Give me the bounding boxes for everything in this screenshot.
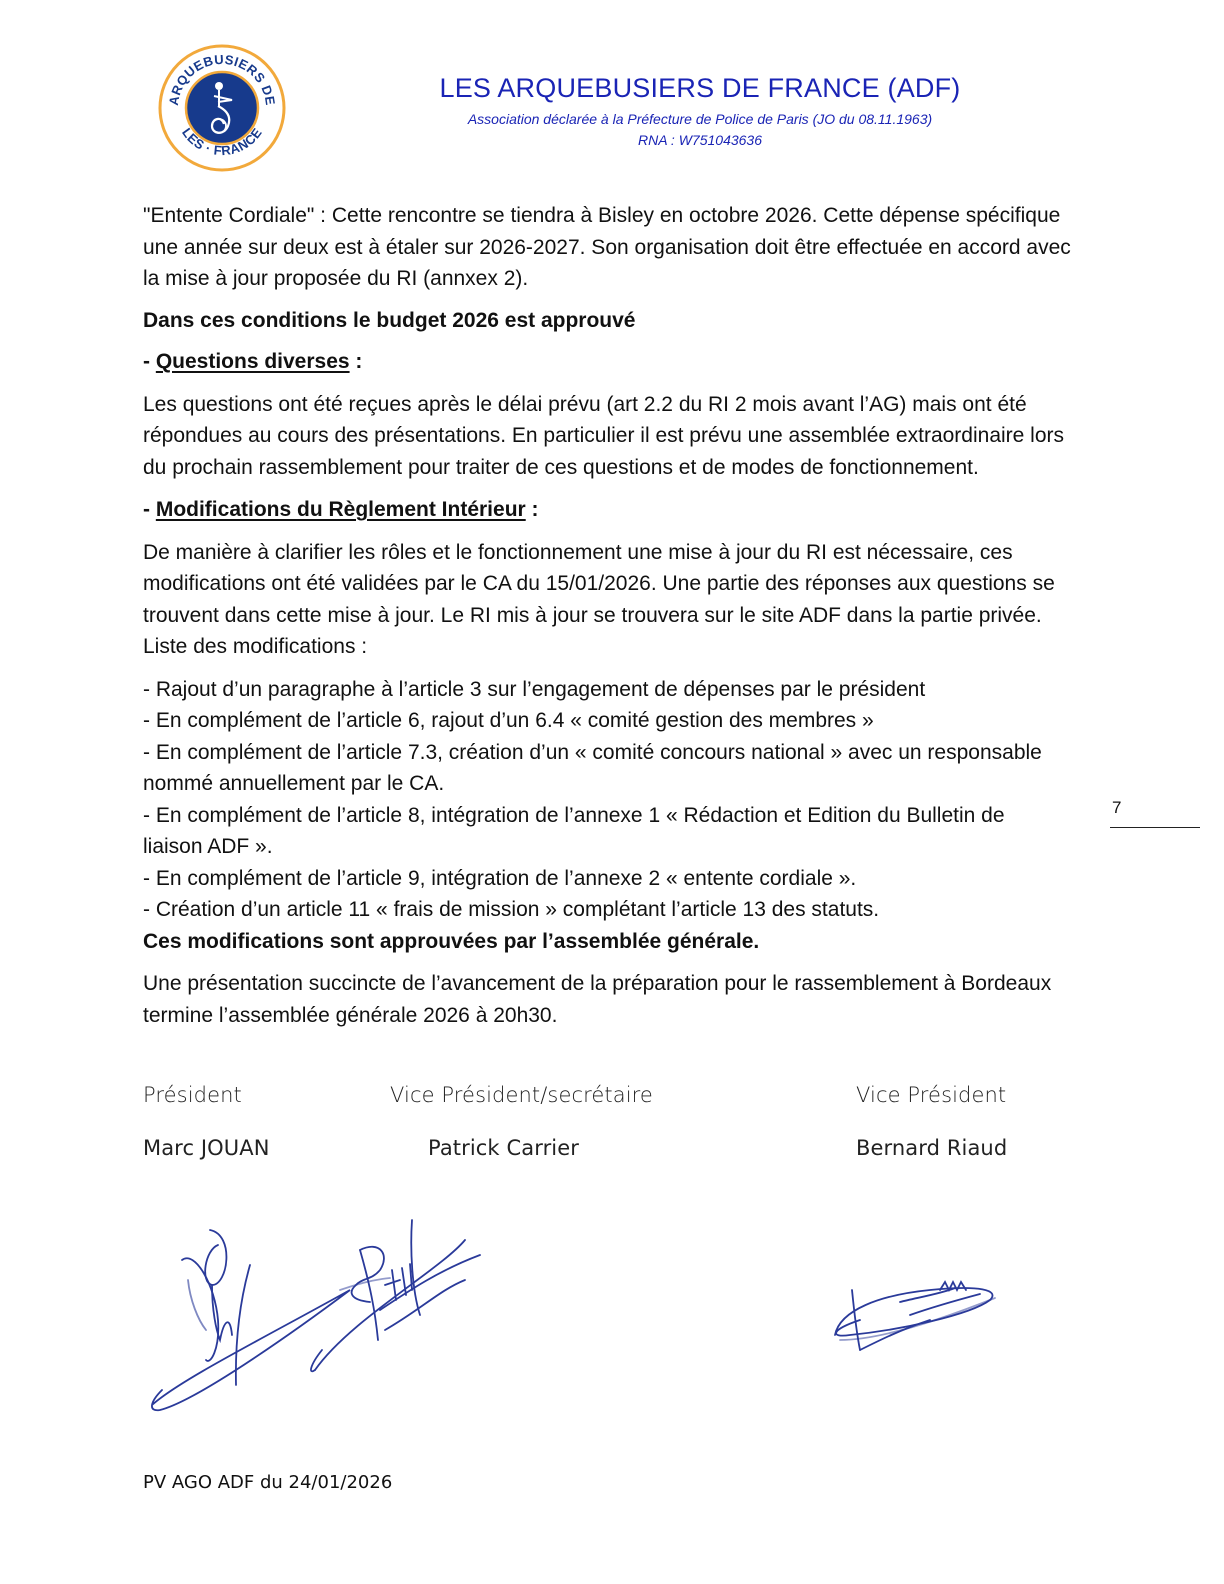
modification-item: - En complément de l’article 7.3, créati… <box>143 737 1043 800</box>
signatory-role-president: Président <box>143 1083 242 1107</box>
signatory-name-vp: Bernard Riaud <box>856 1136 1007 1160</box>
page-number-rule <box>1110 827 1200 828</box>
document-body: "Entente Cordiale" : Cette rencontre se … <box>143 200 1083 1031</box>
modification-item: - Création d’un article 11 « frais de mi… <box>143 894 1083 926</box>
budget-approved: Dans ces conditions le budget 2026 est a… <box>143 305 1083 337</box>
signatory-name-vp-secretary: Patrick Carrier <box>428 1136 579 1160</box>
signature-vp-icon <box>835 1282 995 1350</box>
modification-item: - Rajout d’un paragraphe à l’article 3 s… <box>143 674 1083 706</box>
organization-rna: RNA : W751043636 <box>400 132 1000 148</box>
signature-vp-secretary-icon <box>311 1220 480 1371</box>
questions-heading: - Questions diverses : <box>143 346 1083 378</box>
ri-heading: - Modifications du Règlement Intérieur : <box>143 494 1083 526</box>
modifications-approved: Ces modifications sont approuvées par l’… <box>143 926 1083 958</box>
signature-president-icon <box>152 1230 350 1410</box>
ri-paragraph: De manière à clarifier les rôles et le f… <box>143 537 1083 663</box>
modification-item: - En complément de l’article 9, intégrat… <box>143 863 1083 895</box>
document-footer: PV AGO ADF du 24/01/2026 <box>143 1472 392 1493</box>
signatory-role-vp-secretary: Vice Président/secrétaire <box>390 1083 653 1107</box>
modification-item: - En complément de l’article 6, rajout d… <box>143 705 1083 737</box>
questions-paragraph: Les questions ont été reçues après le dé… <box>143 389 1083 484</box>
modification-item: - En complément de l’article 8, intégrat… <box>143 800 1023 863</box>
signatory-name-president: Marc JOUAN <box>143 1136 270 1160</box>
association-logo: ARQUEBUSIERS DE LES · FRANCE <box>158 44 286 172</box>
signatures <box>140 1190 1040 1430</box>
entente-paragraph: "Entente Cordiale" : Cette rencontre se … <box>143 200 1083 295</box>
signatory-role-vp: Vice Président <box>856 1083 1006 1107</box>
closing-paragraph: Une présentation succincte de l’avanceme… <box>143 968 1083 1031</box>
organization-title: LES ARQUEBUSIERS DE FRANCE (ADF) <box>400 73 1000 104</box>
organization-subtitle: Association déclarée à la Préfecture de … <box>400 111 1000 127</box>
page-number: 7 <box>1112 798 1121 818</box>
